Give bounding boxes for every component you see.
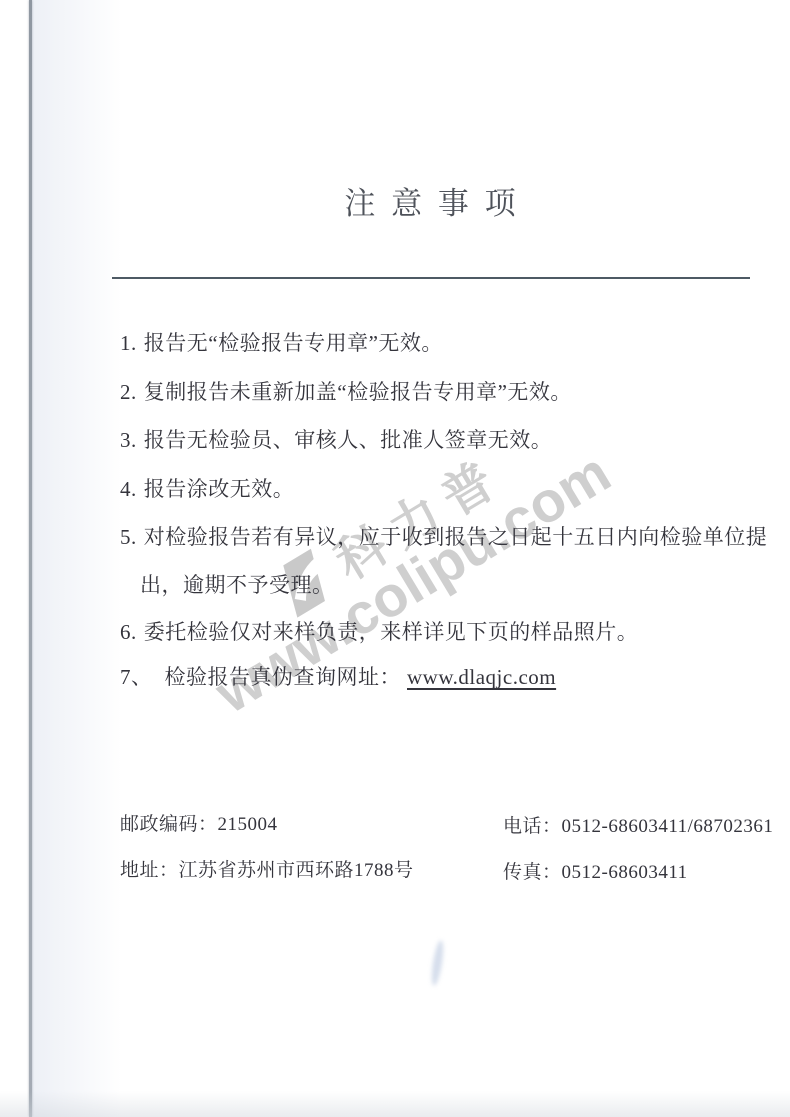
paper-edge-line bbox=[29, 0, 32, 1117]
divider-rule bbox=[112, 277, 750, 279]
fax-number: 传真：0512-68603411 bbox=[503, 857, 688, 884]
notice-item-5-continued: 出，逾期不予受理。 bbox=[140, 572, 334, 598]
notice-item-2: 2.复制报告未重新加盖“检验报告专用章”无效。 bbox=[120, 379, 572, 405]
notice-item-text: 报告涂改无效。 bbox=[144, 477, 295, 501]
notice-item-text: 委托检验仅对来样负责，来样详见下页的样品照片。 bbox=[144, 620, 639, 644]
notice-item-text: 对检验报告若有异议，应于收到报告之日起十五日内向检验单位提 bbox=[144, 525, 768, 549]
ink-smudge-mark bbox=[429, 940, 445, 987]
notice-item-number: 5. bbox=[120, 524, 137, 550]
notice-item-1: 1.报告无“检验报告专用章”无效。 bbox=[120, 330, 443, 356]
notice-item-number: 7、 bbox=[120, 664, 153, 690]
notice-item-text: 检验报告真伪查询网址： bbox=[165, 665, 402, 689]
postal-code: 邮政编码：215004 bbox=[120, 809, 278, 836]
notice-item-text: 复制报告未重新加盖“检验报告专用章”无效。 bbox=[144, 380, 572, 404]
notice-item-number: 2. bbox=[120, 379, 137, 405]
paper-edge-shadow bbox=[32, 0, 122, 1117]
notice-item-number: 6. bbox=[120, 619, 137, 645]
page-title: 注 意 事 项 bbox=[344, 187, 519, 221]
notice-item-5: 5.对检验报告若有异议，应于收到报告之日起十五日内向检验单位提 bbox=[120, 524, 767, 550]
phone-number: 电话：0512-68603411/68702361 bbox=[503, 811, 773, 838]
scan-bottom-shade bbox=[0, 1091, 790, 1117]
verification-url-link[interactable]: www.dlaqjc.com bbox=[407, 665, 556, 689]
notice-item-text: 报告无“检验报告专用章”无效。 bbox=[144, 331, 443, 355]
notice-item-text: 报告无检验员、审核人、批准人签章无效。 bbox=[144, 428, 553, 452]
watermark-brand-text: 科力普 bbox=[319, 436, 516, 594]
notice-item-6: 6.委托检验仅对来样负责，来样详见下页的样品照片。 bbox=[120, 619, 638, 645]
notice-item-4: 4.报告涂改无效。 bbox=[120, 476, 294, 502]
notice-item-number: 1. bbox=[120, 330, 137, 356]
notice-item-number: 4. bbox=[120, 476, 137, 502]
notice-item-7: 7、检验报告真伪查询网址：www.dlaqjc.com bbox=[120, 664, 556, 690]
notice-item-3: 3.报告无检验员、审核人、批准人签章无效。 bbox=[120, 427, 552, 453]
notice-item-number: 3. bbox=[120, 427, 137, 453]
address: 地址：江苏省苏州市西环路1788号 bbox=[120, 855, 414, 882]
document-page: 科力普 www.colipu.com 注 意 事 项 1.报告无“检验报告专用章… bbox=[0, 0, 790, 1117]
